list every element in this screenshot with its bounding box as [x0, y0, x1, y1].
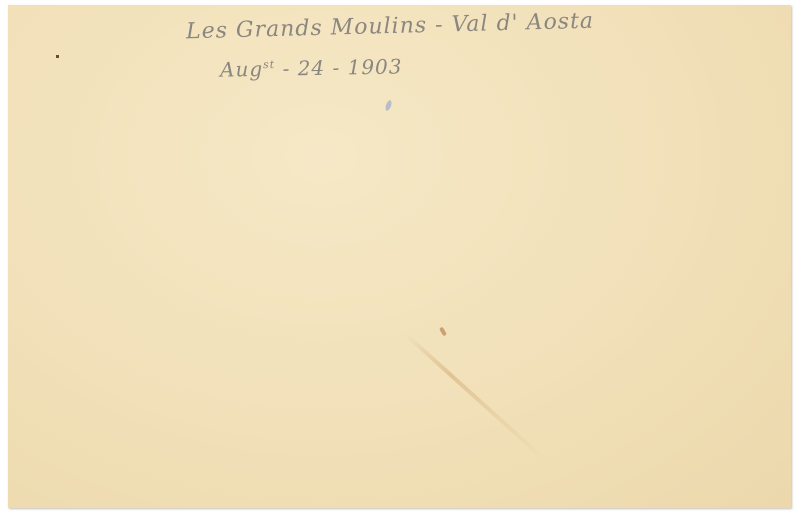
- inscription-date: Augst - 24 - 1903: [220, 54, 403, 81]
- ink-speck: [56, 55, 59, 58]
- date-month: Aug: [220, 57, 264, 82]
- diagonal-stain: [402, 331, 546, 461]
- date-suffix: st: [263, 58, 275, 71]
- date-rest: - 24 - 1903: [275, 54, 403, 80]
- stain-spot: [439, 327, 447, 337]
- postcard-back: [8, 5, 791, 508]
- blue-mark: [384, 99, 392, 111]
